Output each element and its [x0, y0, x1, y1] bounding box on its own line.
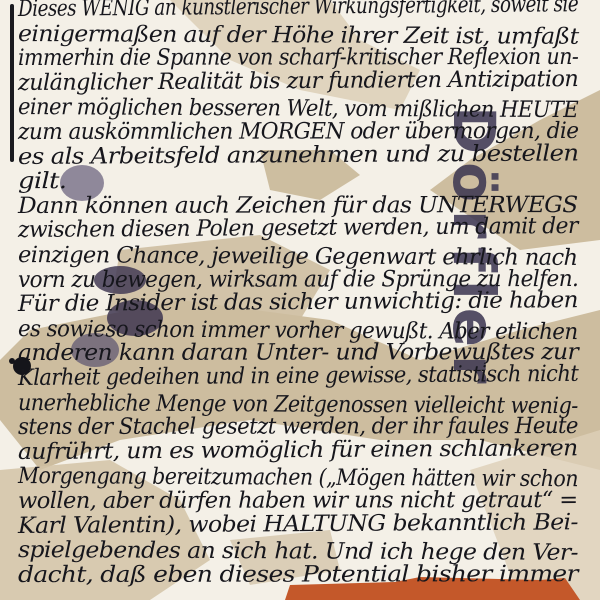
text-line: dacht, daß eben dieses Potential bisher …: [18, 561, 578, 588]
ink-splash: [9, 358, 15, 364]
text-line: Klarheit gedeihen und in eine gewisse, s…: [18, 361, 578, 391]
margin-rule: [10, 4, 14, 162]
text-line: Karl Valentin), wobei HALTUNG bekanntlic…: [18, 509, 578, 539]
text-line: zwischen diesen Polen gesetzt werden, um…: [18, 213, 578, 243]
text-line: aufrührt, um es womöglich für einen schl…: [18, 435, 578, 465]
text-line: Für die Insider ist das sicher unwichtig…: [18, 287, 578, 317]
manuscript-page: Dörfler Dieses WENIG an künstlerischer W…: [0, 0, 600, 600]
text-line: es als Arbeitsfeld anzunehmen und zu bes…: [18, 140, 579, 170]
text-line: gilt.: [18, 168, 66, 194]
text-line: zulänglicher Realität bis zur fundierten…: [18, 66, 578, 96]
